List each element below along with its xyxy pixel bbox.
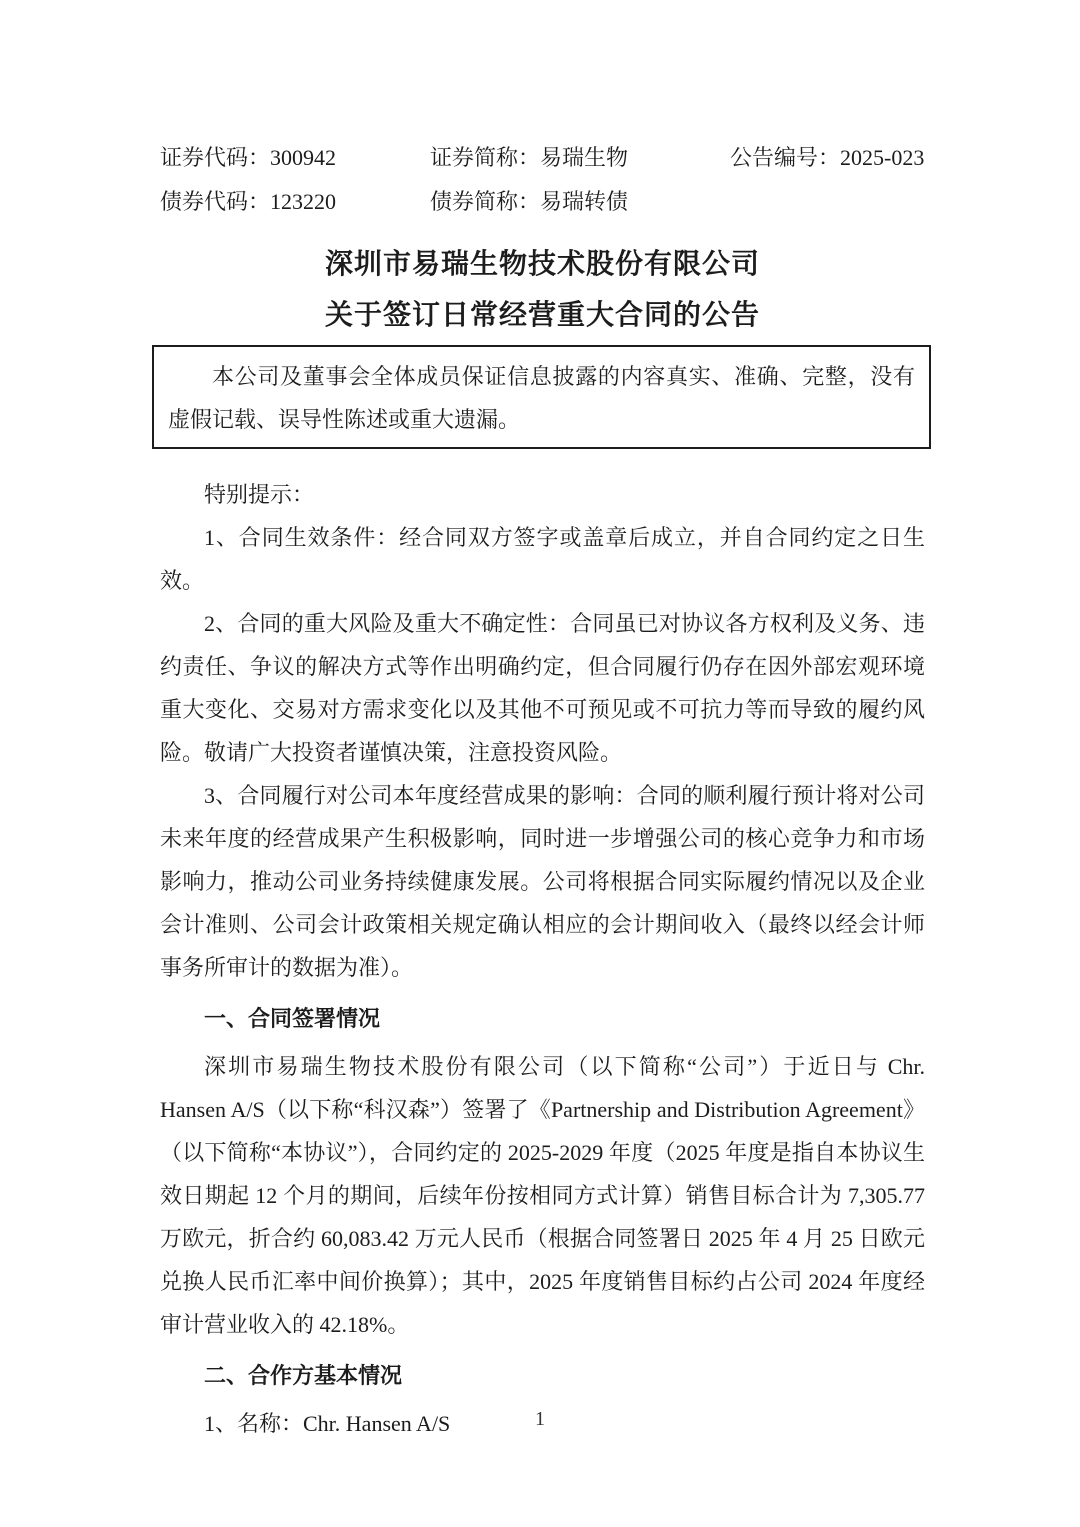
announcement-body: 特别提示： 1、合同生效条件：经合同双方签字或盖章后成立，并自合同约定之日生效。… — [160, 473, 925, 1445]
section-1-paragraph: 深圳市易瑞生物技术股份有限公司（以下简称“公司”）于近日与 Chr. Hanse… — [160, 1045, 925, 1346]
securities-code: 证券代码：300942 — [160, 136, 430, 180]
announcement-title: 关于签订日常经营重大合同的公告 — [160, 297, 925, 335]
header-meta-row-2: 债券代码：123220 债券简称：易瑞转债 — [160, 180, 925, 224]
page-number: 1 — [0, 1408, 1080, 1431]
section-2-heading: 二、合作方基本情况 — [160, 1354, 925, 1397]
notice-item-3: 3、合同履行对公司本年度经营成果的影响：合同的顺利履行预计将对公司未来年度的经营… — [160, 774, 925, 989]
securities-abbr: 证券简称：易瑞生物 — [430, 136, 730, 180]
notice-item-1: 1、合同生效条件：经合同双方签字或盖章后成立，并自合同约定之日生效。 — [160, 516, 925, 602]
bond-abbr: 债券简称：易瑞转债 — [430, 180, 730, 224]
section-1-heading: 一、合同签署情况 — [160, 997, 925, 1040]
notice-item-2: 2、合同的重大风险及重大不确定性：合同虽已对协议各方权利及义务、违约责任、争议的… — [160, 602, 925, 774]
company-title: 深圳市易瑞生物技术股份有限公司 — [160, 246, 925, 284]
announcement-page: 证券代码：300942 证券简称：易瑞生物 公告编号：2025-023 债券代码… — [0, 0, 1080, 1527]
header-meta-spacer — [730, 180, 925, 224]
special-notice-heading: 特别提示： — [160, 473, 925, 516]
bond-code: 债券代码：123220 — [160, 180, 430, 224]
header-meta-row-1: 证券代码：300942 证券简称：易瑞生物 公告编号：2025-023 — [160, 136, 925, 180]
announcement-number: 公告编号：2025-023 — [730, 136, 925, 180]
disclaimer-text: 本公司及董事会全体成员保证信息披露的内容真实、准确、完整，没有虚假记载、误导性陈… — [168, 355, 915, 441]
disclaimer-box: 本公司及董事会全体成员保证信息披露的内容真实、准确、完整，没有虚假记载、误导性陈… — [152, 345, 931, 449]
